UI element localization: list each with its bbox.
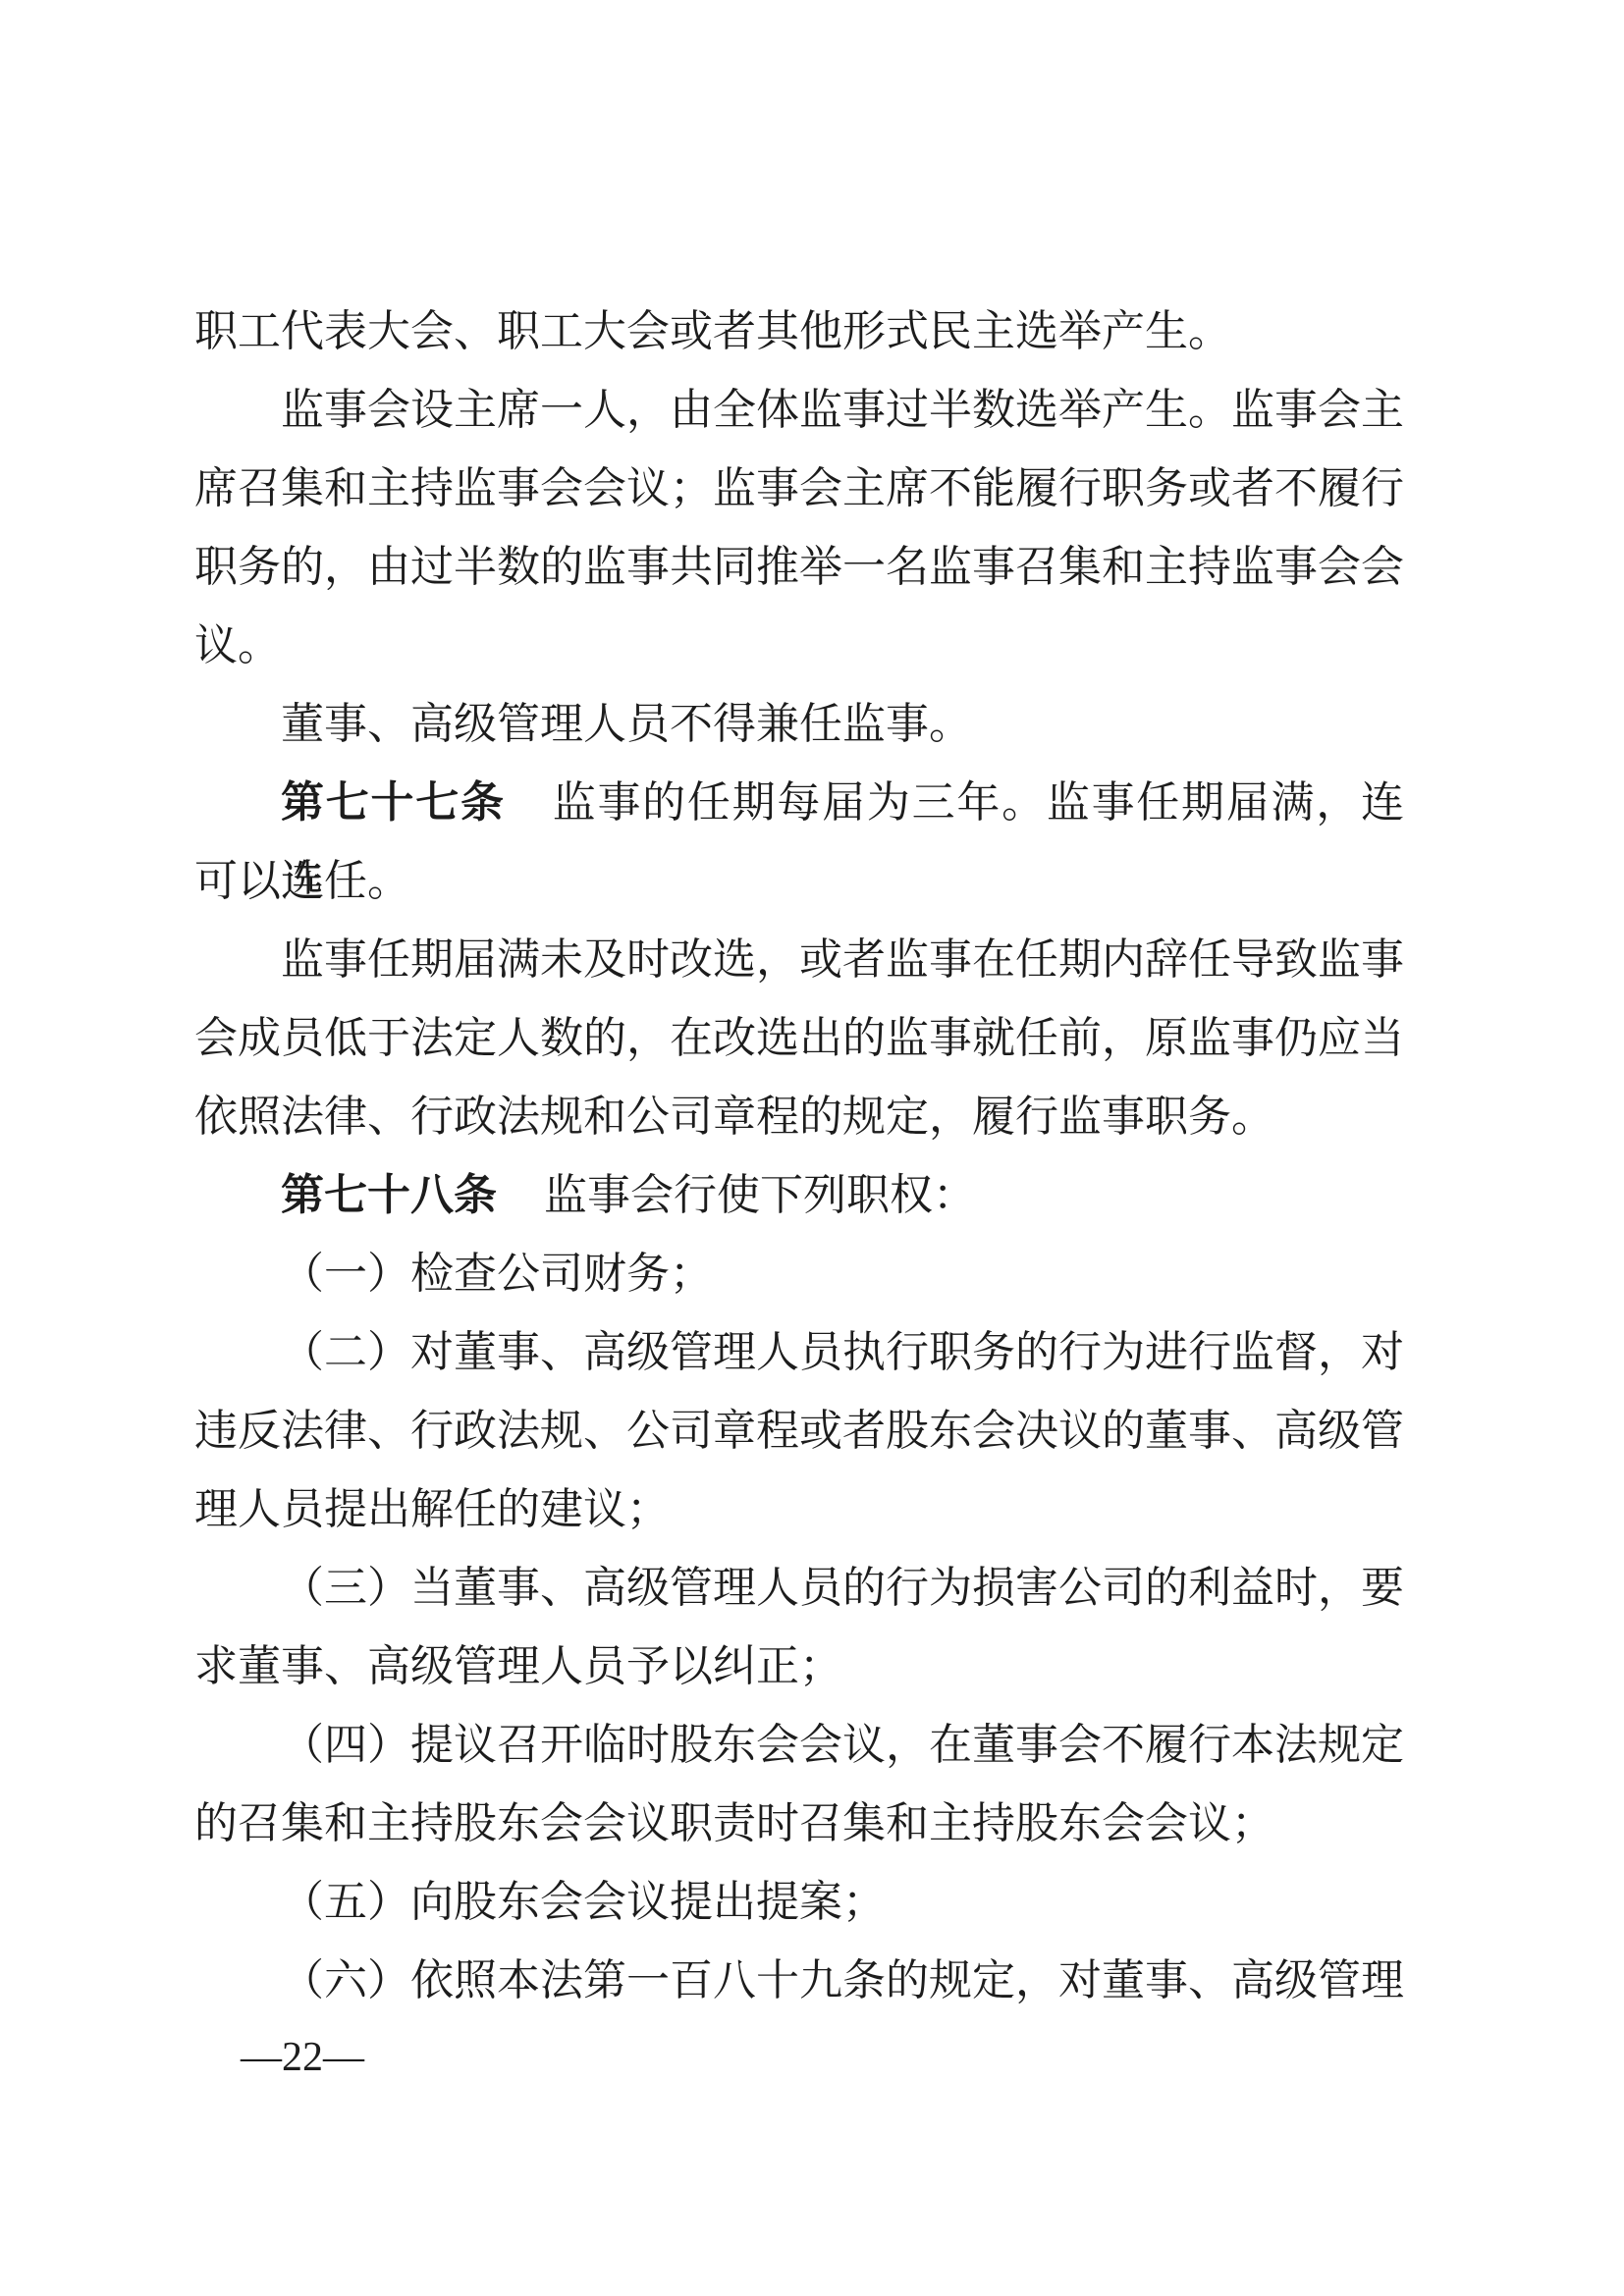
text-segment: 监事会行使下列职权：: [544, 1171, 976, 1219]
text-segment: 求董事、高级管理人员予以纠正；: [194, 1642, 842, 1690]
text-line: 的召集和主持股东会会议职责时召集和主持股东会会议；: [194, 1785, 1404, 1863]
paragraph: （六）依照本法第一百八十九条的规定，对董事、高级管理: [194, 1942, 1404, 2020]
article-number: 第七十八条: [281, 1171, 497, 1219]
document-page: 职工代表大会、职工大会或者其他形式民主选举产生。监事会设主席一人，由全体监事过半…: [0, 0, 1624, 2296]
paragraph: 职工代表大会、职工大会或者其他形式民主选举产生。: [194, 293, 1404, 371]
text-segment: 监事会设主席一人，由全体监事过半数选举产生。监事会主: [281, 386, 1404, 434]
text-line: （四）提议召开临时股东会会议，在董事会不履行本法规定: [194, 1706, 1404, 1785]
text-segment: （一）检查公司财务；: [281, 1250, 713, 1298]
text-segment: 议。: [194, 621, 281, 669]
text-line: （三）当董事、高级管理人员的行为损害公司的利益时，要: [194, 1549, 1404, 1628]
article-number: 第七十七条: [281, 778, 506, 827]
text-block: 职工代表大会、职工大会或者其他形式民主选举产生。监事会设主席一人，由全体监事过半…: [194, 293, 1404, 2020]
text-line: 第七十七条监事的任期每届为三年。监事任期届满，连选: [194, 764, 1404, 842]
text-line: （一）检查公司财务；: [194, 1235, 1404, 1313]
paragraph: （五）向股东会会议提出提案；: [194, 1863, 1404, 1942]
text-line: 议。: [194, 607, 1404, 685]
text-line: 监事任期届满未及时改选，或者监事在任期内辞任导致监事: [194, 921, 1404, 999]
text-segment: 会成员低于法定人数的，在改选出的监事就任前，原监事仍应当: [194, 1014, 1404, 1062]
text-line: （五）向股东会会议提出提案；: [194, 1863, 1404, 1942]
paragraph: 董事、高级管理人员不得兼任监事。: [194, 685, 1404, 764]
text-line: 依照法律、行政法规和公司章程的规定，履行监事职务。: [194, 1078, 1404, 1156]
paragraph: 监事任期届满未及时改选，或者监事在任期内辞任导致监事会成员低于法定人数的，在改选…: [194, 921, 1404, 1156]
text-segment: 依照法律、行政法规和公司章程的规定，履行监事职务。: [194, 1093, 1274, 1141]
paragraph: 第七十八条监事会行使下列职权：: [194, 1156, 1404, 1235]
text-segment: （三）当董事、高级管理人员的行为损害公司的利益时，要: [281, 1564, 1404, 1612]
text-segment: 董事、高级管理人员不得兼任监事。: [281, 700, 972, 748]
text-segment: 职工代表大会、职工大会或者其他形式民主选举产生。: [194, 307, 1231, 355]
text-segment: （四）提议召开临时股东会会议，在董事会不履行本法规定: [281, 1721, 1404, 1769]
text-segment: 职务的，由过半数的监事共同推举一名监事召集和主持监事会会: [194, 543, 1404, 591]
text-segment: 可以连任。: [194, 857, 410, 905]
text-line: 第七十八条监事会行使下列职权：: [194, 1156, 1404, 1235]
text-segment: （五）向股东会会议提出提案；: [281, 1878, 886, 1926]
text-line: 违反法律、行政法规、公司章程或者股东会决议的董事、高级管: [194, 1392, 1404, 1470]
paragraph: 第七十七条监事的任期每届为三年。监事任期届满，连选可以连任。: [194, 764, 1404, 921]
text-line: 会成员低于法定人数的，在改选出的监事就任前，原监事仍应当: [194, 999, 1404, 1078]
paragraph: （二）对董事、高级管理人员执行职务的行为进行监督，对违反法律、行政法规、公司章程…: [194, 1313, 1404, 1549]
text-line: 职工代表大会、职工大会或者其他形式民主选举产生。: [194, 293, 1404, 371]
text-line: 董事、高级管理人员不得兼任监事。: [194, 685, 1404, 764]
paragraph: 监事会设主席一人，由全体监事过半数选举产生。监事会主席召集和主持监事会会议；监事…: [194, 371, 1404, 685]
page-number: —22—: [241, 2028, 364, 2087]
text-segment: （六）依照本法第一百八十九条的规定，对董事、高级管理: [281, 1956, 1404, 2004]
text-segment: 监事任期届满未及时改选，或者监事在任期内辞任导致监事: [281, 935, 1404, 984]
text-line: （六）依照本法第一百八十九条的规定，对董事、高级管理: [194, 1942, 1404, 2020]
text-line: 理人员提出解任的建议；: [194, 1470, 1404, 1549]
text-line: （二）对董事、高级管理人员执行职务的行为进行监督，对: [194, 1313, 1404, 1392]
text-line: 职务的，由过半数的监事共同推举一名监事召集和主持监事会会: [194, 528, 1404, 607]
text-line: 可以连任。: [194, 842, 1404, 921]
text-segment: （二）对董事、高级管理人员执行职务的行为进行监督，对: [281, 1328, 1404, 1376]
text-line: 监事会设主席一人，由全体监事过半数选举产生。监事会主: [194, 371, 1404, 450]
paragraph: （四）提议召开临时股东会会议，在董事会不履行本法规定的召集和主持股东会会议职责时…: [194, 1706, 1404, 1863]
text-segment: 理人员提出解任的建议；: [194, 1485, 670, 1533]
text-segment: 违反法律、行政法规、公司章程或者股东会决议的董事、高级管: [194, 1407, 1404, 1455]
text-line: 求董事、高级管理人员予以纠正；: [194, 1628, 1404, 1706]
text-segment: 的召集和主持股东会会议职责时召集和主持股东会会议；: [194, 1799, 1274, 1847]
text-line: 席召集和主持监事会会议；监事会主席不能履行职务或者不履行: [194, 450, 1404, 528]
paragraph: （一）检查公司财务；: [194, 1235, 1404, 1313]
paragraph: （三）当董事、高级管理人员的行为损害公司的利益时，要求董事、高级管理人员予以纠正…: [194, 1549, 1404, 1706]
text-segment: 席召集和主持监事会会议；监事会主席不能履行职务或者不履行: [194, 464, 1404, 512]
